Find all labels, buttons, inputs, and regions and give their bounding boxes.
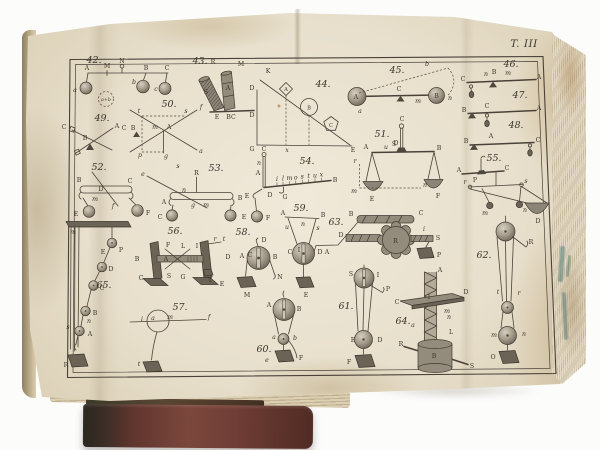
label: p: [138, 152, 142, 159]
label: S: [436, 235, 440, 242]
label: a: [272, 334, 276, 341]
figure-number: 61.: [338, 301, 353, 312]
label: f: [199, 104, 204, 111]
label: E: [370, 196, 375, 203]
label: I: [377, 272, 380, 279]
fig62-drawing: [496, 216, 528, 364]
label: C: [128, 178, 133, 185]
label: n: [484, 71, 488, 78]
figure-59-pulley: 59. A u n s B C I D E: [280, 203, 326, 299]
label: M: [244, 292, 251, 299]
label: E: [215, 114, 220, 121]
engraved-plate: T. III 42. A M N B C a a+b b c: [0, 0, 600, 450]
label: G: [283, 194, 288, 201]
label: A: [353, 94, 359, 101]
photo-of-antique-book: T. III 42. A M N B C a a+b b c: [0, 0, 600, 450]
label: A: [456, 167, 462, 174]
label: o: [294, 174, 298, 181]
figure-number: 47.: [511, 90, 527, 101]
label: BC: [226, 114, 236, 121]
label: C: [329, 123, 333, 129]
label: F: [266, 215, 271, 222]
label: A: [114, 123, 120, 130]
label: B: [131, 125, 136, 132]
label: n: [447, 314, 451, 321]
label: a: [358, 108, 362, 115]
label: E: [220, 281, 225, 288]
figure-number: 50.: [161, 99, 176, 110]
label: A: [363, 144, 369, 151]
label: r: [464, 179, 468, 186]
label: n: [448, 95, 452, 102]
label: D: [536, 218, 541, 225]
label: R: [393, 238, 398, 245]
label: i: [423, 226, 425, 233]
label: A: [87, 331, 93, 338]
figure-45-lever-with-balls: 45. A C m B b n a: [348, 61, 454, 115]
label: t: [307, 173, 310, 180]
label: A: [239, 253, 245, 260]
label: s: [301, 174, 304, 181]
label: s: [524, 178, 527, 185]
label: B: [83, 135, 88, 142]
label: S: [204, 89, 208, 96]
label: m: [92, 196, 98, 203]
fig61-drawing: [354, 265, 384, 368]
label: s: [184, 108, 187, 115]
label: m: [351, 188, 357, 195]
label: b: [425, 61, 429, 68]
label: E: [351, 337, 356, 344]
label: m: [70, 229, 76, 236]
label: S: [167, 273, 171, 280]
label: I: [196, 243, 199, 250]
figure-52-rod-with-weights: 52. B C D m f E F: [74, 162, 151, 218]
label: O: [490, 354, 495, 361]
figure-62-block-and-tackle: 62. R t r m n O: [476, 216, 533, 364]
label: u: [313, 172, 317, 179]
label: r: [214, 236, 218, 243]
figure-54-steelyard: 54. C n A D E G F i l m o s t u x B: [245, 146, 338, 222]
label: C: [62, 124, 67, 131]
label: m: [415, 98, 421, 105]
label: C: [485, 103, 490, 110]
fig52-drawing: [79, 172, 143, 217]
label: B: [93, 310, 98, 317]
figure-57-wheel-and-axle: 57. i a m f t: [130, 302, 212, 372]
figure-60-pulley-tackle: 60. A B a b e F: [256, 291, 303, 364]
label: A: [536, 105, 542, 112]
figure-number: 46.: [502, 59, 518, 70]
label: n: [523, 207, 527, 214]
label: a: [199, 148, 203, 155]
fig44-drawing: [257, 80, 352, 146]
label: B: [238, 195, 243, 202]
label: P: [437, 252, 441, 259]
figure-number: 59.: [293, 203, 308, 214]
label: b: [293, 335, 297, 342]
label: B: [349, 211, 354, 218]
label: P: [473, 177, 477, 184]
label: A: [255, 170, 261, 177]
label: i: [141, 316, 143, 323]
label: c: [154, 86, 158, 93]
label: A: [225, 85, 231, 92]
label: t: [223, 236, 226, 243]
label: N: [277, 274, 283, 281]
figure-number: 60.: [256, 344, 271, 355]
fig58-drawing: [237, 238, 275, 288]
label: C: [395, 299, 400, 306]
label: P: [119, 247, 123, 254]
figure-43-leaning-cylinders: 43. R M A S E BC D: [191, 56, 254, 121]
figure-46-lever: 46. C n B m A: [461, 59, 542, 98]
label: L: [181, 243, 185, 250]
label: R: [194, 170, 199, 177]
label: e: [141, 171, 145, 178]
label: b: [132, 79, 136, 86]
label: x: [285, 147, 289, 154]
label: D: [378, 337, 383, 344]
fig60-drawing: [273, 291, 297, 362]
label: n: [87, 318, 91, 325]
fig50-drawing: [130, 110, 197, 153]
label: a: [411, 322, 415, 329]
figure-50-force-diagram: 50. t s f C B m A p g a: [122, 99, 204, 160]
figure-number: 54.: [299, 156, 314, 167]
label: F: [299, 355, 304, 362]
label: D: [109, 266, 114, 273]
label: E: [74, 211, 79, 218]
label: B: [464, 138, 469, 145]
label: B: [297, 306, 302, 313]
label: B: [462, 107, 467, 114]
label: m: [505, 70, 511, 77]
label: A: [84, 65, 90, 72]
label: B: [434, 93, 439, 100]
label: G: [250, 146, 255, 153]
label: B: [321, 212, 326, 219]
label: F: [146, 210, 151, 217]
label: g: [191, 202, 195, 209]
label: C: [536, 137, 541, 144]
label: B: [135, 256, 140, 263]
label: L: [449, 329, 453, 336]
label: C: [122, 125, 127, 132]
label: R: [211, 59, 216, 66]
label: g: [164, 153, 168, 160]
label: F: [436, 193, 441, 200]
label: D: [99, 186, 104, 193]
figure-number: 58.: [235, 227, 250, 238]
label: C: [397, 86, 402, 93]
label: E: [351, 147, 356, 154]
label: f: [207, 314, 212, 321]
label: n: [301, 221, 305, 228]
figure-number: 43.: [191, 56, 207, 67]
label: A: [324, 249, 330, 256]
label: N: [119, 58, 125, 65]
label: s: [176, 163, 179, 170]
label: n: [257, 160, 261, 167]
label: S: [349, 271, 353, 278]
label: K: [266, 68, 271, 75]
label: A: [536, 74, 542, 81]
figure-48-lever: 48. B A C: [464, 120, 541, 156]
label: r: [518, 290, 522, 297]
label: E: [101, 249, 106, 256]
label: C: [461, 76, 466, 83]
label: B: [492, 69, 497, 76]
label: C: [419, 210, 424, 217]
label: D: [250, 85, 255, 92]
label: n: [423, 182, 427, 189]
label: D: [339, 232, 344, 239]
label: D: [464, 289, 469, 296]
label: E: [242, 214, 247, 221]
label: u: [384, 144, 388, 151]
figure-number: 44.: [314, 79, 330, 90]
label: m: [167, 314, 173, 321]
label: t: [138, 361, 141, 368]
plate-border: [68, 57, 557, 378]
label: B: [333, 177, 338, 184]
label: l: [282, 176, 284, 183]
label: D: [262, 237, 267, 244]
label: D: [226, 254, 231, 261]
label: S: [470, 363, 474, 370]
label: F: [347, 359, 352, 366]
label: m: [482, 210, 488, 217]
label: x: [320, 172, 324, 179]
label: C: [165, 65, 170, 72]
label: C: [248, 252, 253, 259]
label: B: [432, 353, 437, 360]
label: A: [280, 210, 286, 217]
figure-number: 45.: [388, 65, 404, 76]
label: A: [161, 199, 167, 206]
label: r: [354, 158, 358, 165]
label: C: [262, 146, 267, 153]
fig49-drawing: [69, 126, 113, 155]
label: B: [437, 145, 442, 152]
label: R: [399, 341, 404, 348]
figure-63-worm-gear-crank: 63. B C D R i S A P: [314, 210, 441, 259]
label: R: [64, 362, 69, 369]
label: a: [73, 87, 77, 94]
fig47-drawing: [468, 111, 536, 127]
label: B: [144, 65, 149, 72]
figure-number: 64.: [395, 316, 410, 327]
figure-58-fixed-pulley: 58. D A C B M N: [235, 227, 283, 299]
label: B: [77, 177, 82, 184]
figure-number: 53.: [208, 163, 223, 174]
label: n: [182, 187, 186, 194]
label: E: [245, 193, 250, 200]
label: A: [163, 256, 169, 263]
figure-number: 62.: [476, 250, 491, 261]
figure-51-balance-scale: 51. C S A u D B r n m E F: [351, 116, 443, 203]
label: A: [488, 133, 494, 140]
figure-number: 48.: [507, 120, 523, 131]
fig65-drawing: [66, 222, 131, 368]
label: G: [181, 274, 186, 281]
label: M: [104, 63, 111, 70]
label: F: [166, 242, 171, 249]
figure-49-bent-lever: 49. C A B: [62, 113, 120, 155]
label: m: [286, 175, 292, 182]
label: C: [505, 165, 510, 172]
figure-number: 52.: [91, 162, 106, 173]
label: C: [400, 116, 405, 123]
fig48-drawing: [470, 143, 534, 157]
label: M: [238, 61, 245, 68]
label: D: [318, 249, 323, 256]
label: D: [250, 112, 255, 119]
label: B: [307, 106, 311, 112]
figure-number: 56.: [167, 226, 182, 237]
label: A: [283, 87, 288, 93]
label: m: [203, 202, 209, 209]
label: P: [386, 286, 390, 293]
figure-number: 55.: [486, 153, 501, 164]
label: t: [138, 108, 141, 115]
label: R: [529, 239, 534, 246]
fig54-drawing: [251, 153, 331, 223]
figure-56-clamp-press: 56. B C F L I A S G T E D r t: [135, 226, 231, 288]
label: m: [152, 124, 158, 131]
label: s: [316, 225, 319, 232]
figure-61-pulley-tackle: 61. S I P E D F: [338, 265, 390, 368]
label: C: [288, 249, 293, 256]
label: C: [100, 285, 105, 292]
label: f: [111, 203, 116, 210]
figure-64-screw-jack: 64. A C I D m n a L R B S: [395, 267, 474, 373]
label: i: [276, 176, 278, 183]
label: m: [491, 332, 497, 339]
label: D: [394, 140, 399, 147]
label: s: [66, 324, 69, 331]
label: A: [166, 124, 172, 131]
label: a+b: [101, 97, 111, 103]
label: E: [304, 292, 309, 299]
label: t: [497, 289, 500, 296]
label: A: [437, 267, 443, 274]
label: C: [139, 275, 144, 282]
figure-number: 49.: [93, 113, 109, 124]
fig51-drawing: [360, 124, 444, 191]
figure-55-steelyard-balance: 55. A C P r s m n D: [456, 153, 549, 225]
figure-number: 51.: [374, 129, 389, 140]
label: a: [151, 315, 155, 322]
figure-53-rod-with-weights: 53. R s e n g m A B C E: [141, 163, 247, 221]
figure-42-weighted-balance-beam: 42. A M N B C a a+b b c: [73, 55, 171, 107]
label: C: [158, 214, 163, 221]
label: u: [285, 224, 289, 231]
label: e: [265, 357, 269, 364]
label: D: [268, 192, 273, 199]
figure-number: 63.: [328, 217, 343, 228]
label: A: [266, 302, 272, 309]
label: n: [522, 331, 526, 338]
label: B: [273, 254, 278, 261]
figure-44-inclined-plane: 44. K D A B C G x E: [250, 68, 356, 154]
plate-title: T. III: [510, 38, 538, 50]
figure-number: 57.: [172, 302, 187, 313]
